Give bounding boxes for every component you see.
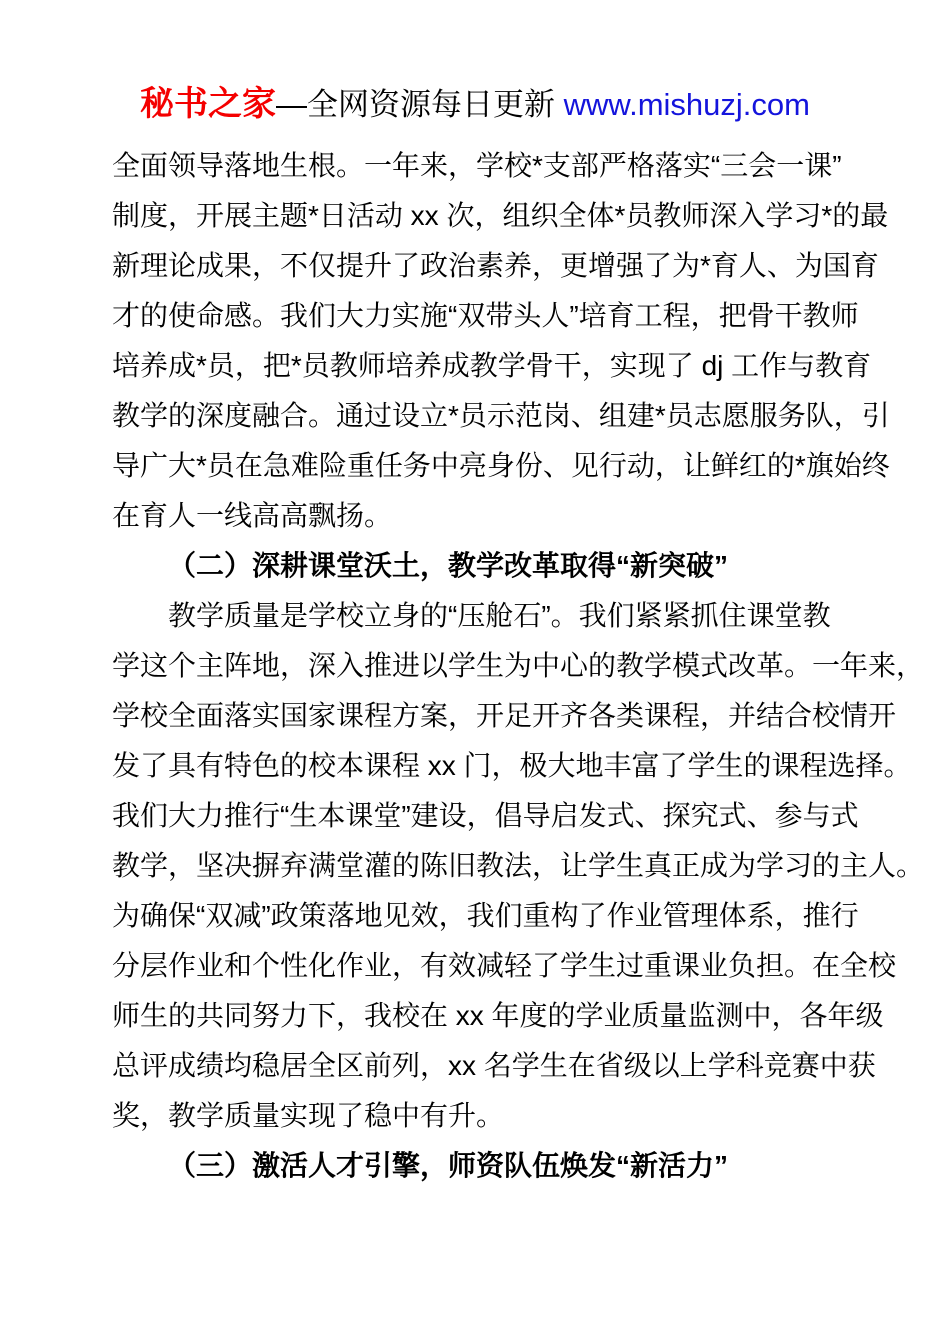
site-url-link[interactable]: www.mishuzj.com [564, 87, 810, 122]
text-line: 为确保“双减”政策落地见效，我们重构了作业管理体系，推行 [112, 891, 894, 941]
tagline-text: —全网资源每日更新 [276, 87, 564, 122]
paragraph-teaching-reform: 教学质量是学校立身的“压舱石”。我们紧紧抓住课堂教 学这个主阵地，深入推进以学生… [112, 591, 894, 1141]
text-line: 分层作业和个性化作业，有效减轻了学生过重课业负担。在全校 [112, 941, 894, 991]
text-line: 教学，坚决摒弃满堂灌的陈旧教法，让学生真正成为学习的主人。 [112, 841, 894, 891]
text-line: 全面领导落地生根。一年来，学校*支部严格落实“三会一课” [112, 141, 894, 191]
text-line: 制度，开展主题*日活动 xx 次，组织全体*员教师深入学习*的最 [112, 191, 894, 241]
section-heading-3: （三）激活人才引擎，师资队伍焕发“新活力” [112, 1141, 894, 1191]
text-line: 才的使命感。我们大力实施“双带头人”培育工程，把骨干教师 [112, 291, 894, 341]
text-line: 学校全面落实国家课程方案，开足开齐各类课程，并结合校情开 [112, 691, 894, 741]
text-line: 导广大*员在急难险重任务中亮身份、见行动，让鲜红的*旗始终 [112, 441, 894, 491]
text-line: 学这个主阵地，深入推进以学生为中心的教学模式改革。一年来， [112, 641, 894, 691]
text-line: 我们大力推行“生本课堂”建设，倡导启发式、探究式、参与式 [112, 791, 894, 841]
section-heading-2: （二）深耕课堂沃土，教学改革取得“新突破” [112, 541, 894, 591]
site-header: 秘书之家—全网资源每日更新 www.mishuzj.com [0, 84, 950, 125]
text-line: 发了具有特色的校本课程 xx 门，极大地丰富了学生的课程选择。 [112, 741, 894, 791]
text-line: 培养成*员，把*员教师培养成教学骨干，实现了 dj 工作与教育 [112, 341, 894, 391]
brand-text: 秘书之家 [140, 85, 276, 123]
text-line: 新理论成果，不仅提升了政治素养，更增强了为*育人、为国育 [112, 241, 894, 291]
text-line: 总评成绩均稳居全区前列，xx 名学生在省级以上学科竞赛中获 [112, 1041, 894, 1091]
text-line: 奖，教学质量实现了稳中有升。 [112, 1091, 894, 1141]
text-line: 教学质量是学校立身的“压舱石”。我们紧紧抓住课堂教 [112, 591, 894, 641]
document-body: 全面领导落地生根。一年来，学校*支部严格落实“三会一课” 制度，开展主题*日活动… [112, 141, 894, 1191]
paragraph-continuation: 全面领导落地生根。一年来，学校*支部严格落实“三会一课” 制度，开展主题*日活动… [112, 141, 894, 541]
text-line: 师生的共同努力下，我校在 xx 年度的学业质量监测中，各年级 [112, 991, 894, 1041]
text-line: 教学的深度融合。通过设立*员示范岗、组建*员志愿服务队，引 [112, 391, 894, 441]
text-line: 在育人一线高高飘扬。 [112, 491, 894, 541]
document-page: 秘书之家—全网资源每日更新 www.mishuzj.com 全面领导落地生根。一… [0, 0, 950, 1344]
